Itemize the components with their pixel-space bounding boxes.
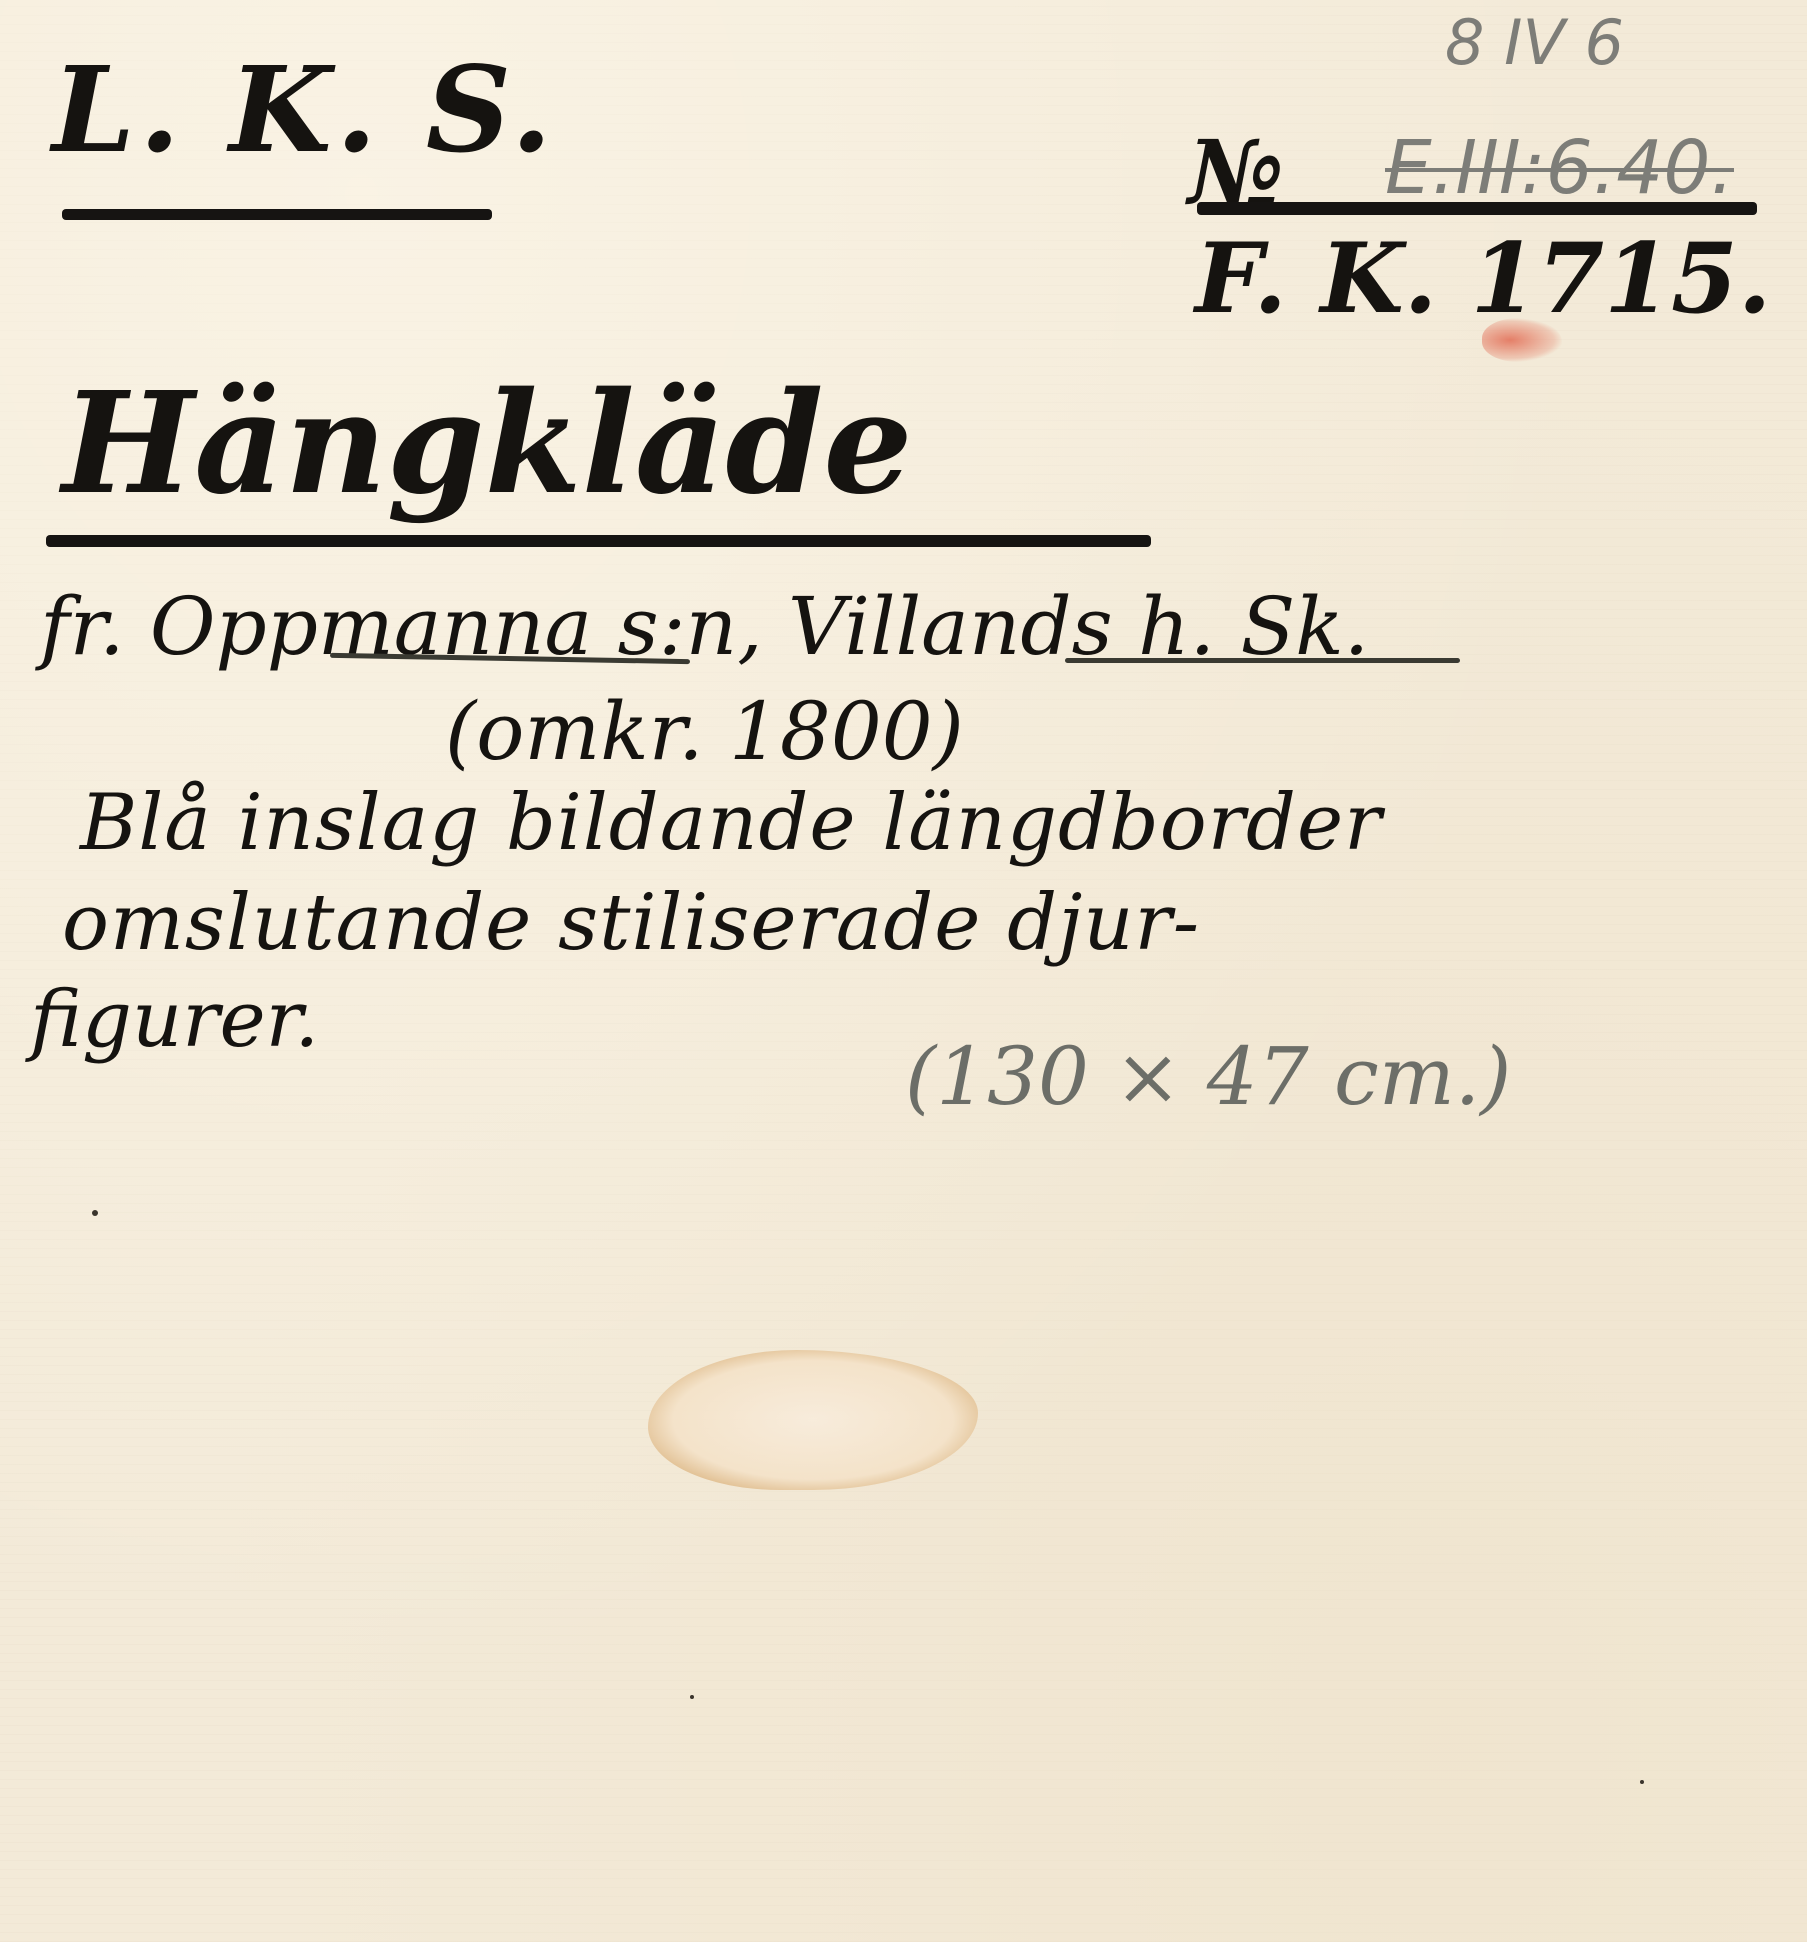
description-line-2: omslutande stiliserade djur- <box>62 878 1200 968</box>
struck-old-number: E.III:6.40. <box>1385 125 1734 211</box>
inventory-number: F. K. 1715. <box>1195 222 1771 335</box>
paper-speck <box>690 1695 694 1699</box>
description-line-3: figurer. <box>30 975 319 1065</box>
paper-speck <box>92 1210 98 1216</box>
dimensions-note: (130 × 47 cm.) <box>905 1030 1511 1123</box>
pencil-catalog-number: 8 IV 6 <box>1445 6 1624 79</box>
object-title: Hängkläde <box>62 362 913 526</box>
red-crayon-check-mark-icon <box>1482 318 1562 362</box>
number-divider-rule <box>1197 202 1757 215</box>
date-line: (omkr. 1800) <box>445 685 964 778</box>
monogram-underline <box>62 209 492 220</box>
title-underline <box>46 535 1151 547</box>
paper-speck <box>1640 1780 1644 1784</box>
monogram-lks: L. K. S. <box>52 40 556 179</box>
district-underline <box>1065 658 1460 663</box>
description-line-1: Blå inslag bildande längdborder <box>80 778 1382 868</box>
